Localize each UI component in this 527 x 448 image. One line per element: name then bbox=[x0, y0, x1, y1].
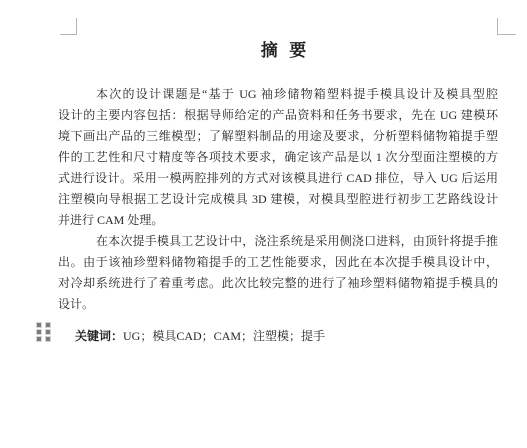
abstract-paragraph1-line: 注塑模向导根据工艺设计完成模具 3D 建模，对模具型腔进行初步工艺路线设计 bbox=[58, 189, 498, 210]
abstract-paragraph1-line: 并进行 CAM 处理。 bbox=[58, 210, 498, 231]
abstract-paragraph2-line: 对冷却系统进行了着重考虑。此次比较完整的进行了袖珍塑料储物箱提手模具的 bbox=[58, 273, 498, 294]
abstract-paragraph1-line: 设计的主要内容包括：根据导师给定的产品资料和任务书要求，先在 UG 建模环 bbox=[58, 105, 498, 126]
grip-dot bbox=[37, 323, 41, 327]
grip-dot bbox=[46, 337, 50, 341]
abstract-paragraph1-line: 本次的设计课题是“基于 UG 袖珍储物箱塑料提手模具设计及模具型腔 CAM”， bbox=[58, 84, 498, 105]
keywords-label: 关键词： bbox=[75, 329, 123, 343]
abstract-paragraph2-line: 设计。 bbox=[58, 294, 498, 315]
abstract-paragraph1-line: 境下画出产品的三维模型；了解塑料制品的用途及要求，分析塑料储物箱提手塑 bbox=[58, 126, 498, 147]
grip-dot bbox=[37, 337, 41, 341]
page-title: 摘 要 bbox=[64, 36, 504, 61]
paragraph-drag-handle-icon[interactable] bbox=[37, 323, 50, 341]
grip-dot bbox=[37, 330, 41, 334]
document-page: 摘 要 本次的设计课题是“基于 UG 袖珍储物箱塑料提手模具设计及模具型腔 CA… bbox=[0, 0, 527, 448]
keywords-text: UG；模具CAD；CAM；注塑模；提手 bbox=[123, 329, 325, 343]
grip-dot bbox=[46, 330, 50, 334]
keywords-line: 关键词：UG；模具CAD；CAM；注塑模；提手 bbox=[75, 326, 325, 347]
abstract-paragraph2-line: 在本次提手模具工艺设计中，浇注系统是采用侧浇口进料，由顶针将提手推 bbox=[58, 231, 498, 252]
abstract-body: 本次的设计课题是“基于 UG 袖珍储物箱塑料提手模具设计及模具型腔 CAM”， … bbox=[58, 84, 498, 315]
abstract-paragraph2-line: 出。由于该袖珍塑料储物箱提手的工艺性能要求，因此在本次提手模具设计中， bbox=[58, 252, 498, 273]
crop-mark-top-right bbox=[497, 18, 516, 35]
abstract-paragraph1-line: 式进行设计。采用一模两腔排列的方式对该模具进行 CAD 排位，导入 UG 后运用 bbox=[58, 168, 498, 189]
grip-dot bbox=[46, 323, 50, 327]
abstract-paragraph1-line: 件的工艺性和尺寸精度等各项技术要求，确定该产品是以 1 次分型面注塑模的方 bbox=[58, 147, 498, 168]
crop-mark-top-left bbox=[60, 18, 77, 35]
